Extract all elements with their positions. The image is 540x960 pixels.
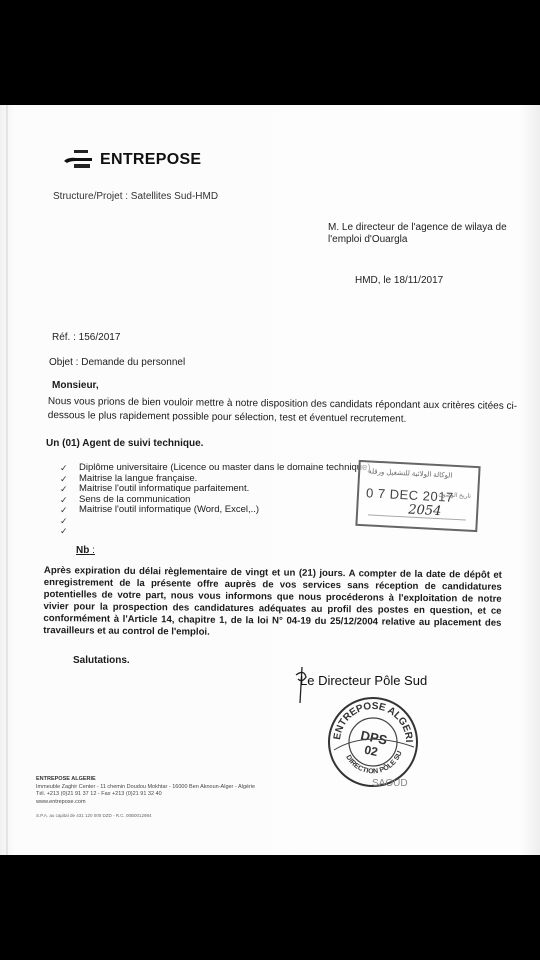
reception-stamp: الوكالة الولائية للتشغيل ورقلة 0 7 DEC 2…	[355, 460, 480, 532]
closing: Salutations.	[73, 655, 130, 666]
checkmark-icon: ✓	[60, 495, 79, 506]
nb-paragraph: Après expiration du délai règlementaire …	[43, 565, 502, 642]
footer-phone: Tél. +213 (0)21 91 37 12 - Fax +213 (0)2…	[36, 791, 296, 799]
company-logo: ENTREPOSE	[62, 149, 201, 171]
checkmark-icon: ✓	[60, 505, 79, 516]
checkmark-icon: ✓	[60, 516, 79, 527]
nb-label: Nb :	[76, 545, 95, 556]
letter-footer: ENTREPOSE ALGERIE Immeuble Zaghir Center…	[36, 776, 296, 820]
signatory-name-partial: SAOUD	[372, 778, 408, 789]
criteria-item: ✓Maitrise l'outil informatique (Word, Ex…	[60, 505, 371, 516]
checkmark-icon: ✓	[60, 463, 79, 474]
footer-address: Immeuble Zaghir Center - 11 chemin Doudo…	[36, 784, 296, 792]
criteria-item: ✓	[60, 516, 371, 527]
checkmark-icon: ✓	[60, 526, 79, 537]
checkmark-icon: ✓	[60, 474, 79, 485]
logo-text: ENTREPOSE	[100, 151, 201, 169]
salutation: Monsieur,	[52, 380, 99, 391]
footer-company: ENTREPOSE ALGERIE	[36, 776, 296, 784]
letter-date: HMD, le 18/11/2017	[355, 275, 443, 286]
company-seal-icon: ENTREPOSE ALGERIE SPA DIRECTION PÔLE SUD…	[326, 695, 420, 789]
criteria-item: ✓Diplôme universitaire (Licence ou maste…	[60, 463, 371, 474]
criteria-item: ✓	[60, 526, 371, 537]
checkmark-icon: ✓	[60, 484, 79, 495]
criteria-list: ✓Diplôme universitaire (Licence ou maste…	[60, 463, 371, 537]
letter-subject: Objet : Demande du personnel	[49, 357, 185, 368]
recipient-address: M. Le directeur de l'agence de wilaya de…	[328, 222, 528, 246]
structure-project: Structure/Projet : Satellites Sud-HMD	[53, 191, 218, 202]
criteria-item: ✓Maitrise l'outil informatique parfaitem…	[60, 484, 371, 495]
entrepose-logo-icon	[62, 149, 96, 171]
svg-text:02: 02	[363, 743, 379, 760]
intro-paragraph: Nous vous prions de bien vouloir mettre …	[48, 395, 518, 428]
signatory-title: Le Directeur Pôle Sud	[300, 673, 427, 688]
footer-website: www.entrepose.com	[36, 799, 296, 807]
footer-registration: S.P.A. au capital de 431 120 000 DZD - R…	[36, 812, 296, 820]
position-title: Un (01) Agent de suivi technique.	[46, 438, 203, 449]
scanned-letter-page: ENTREPOSE Structure/Projet : Satellites …	[0, 105, 540, 855]
reference-number: Réf. : 156/2017	[52, 332, 120, 343]
stamp-arabic-header: الوكالة الولائية للتشغيل ورقلة	[368, 467, 452, 479]
page-edge	[6, 105, 8, 855]
